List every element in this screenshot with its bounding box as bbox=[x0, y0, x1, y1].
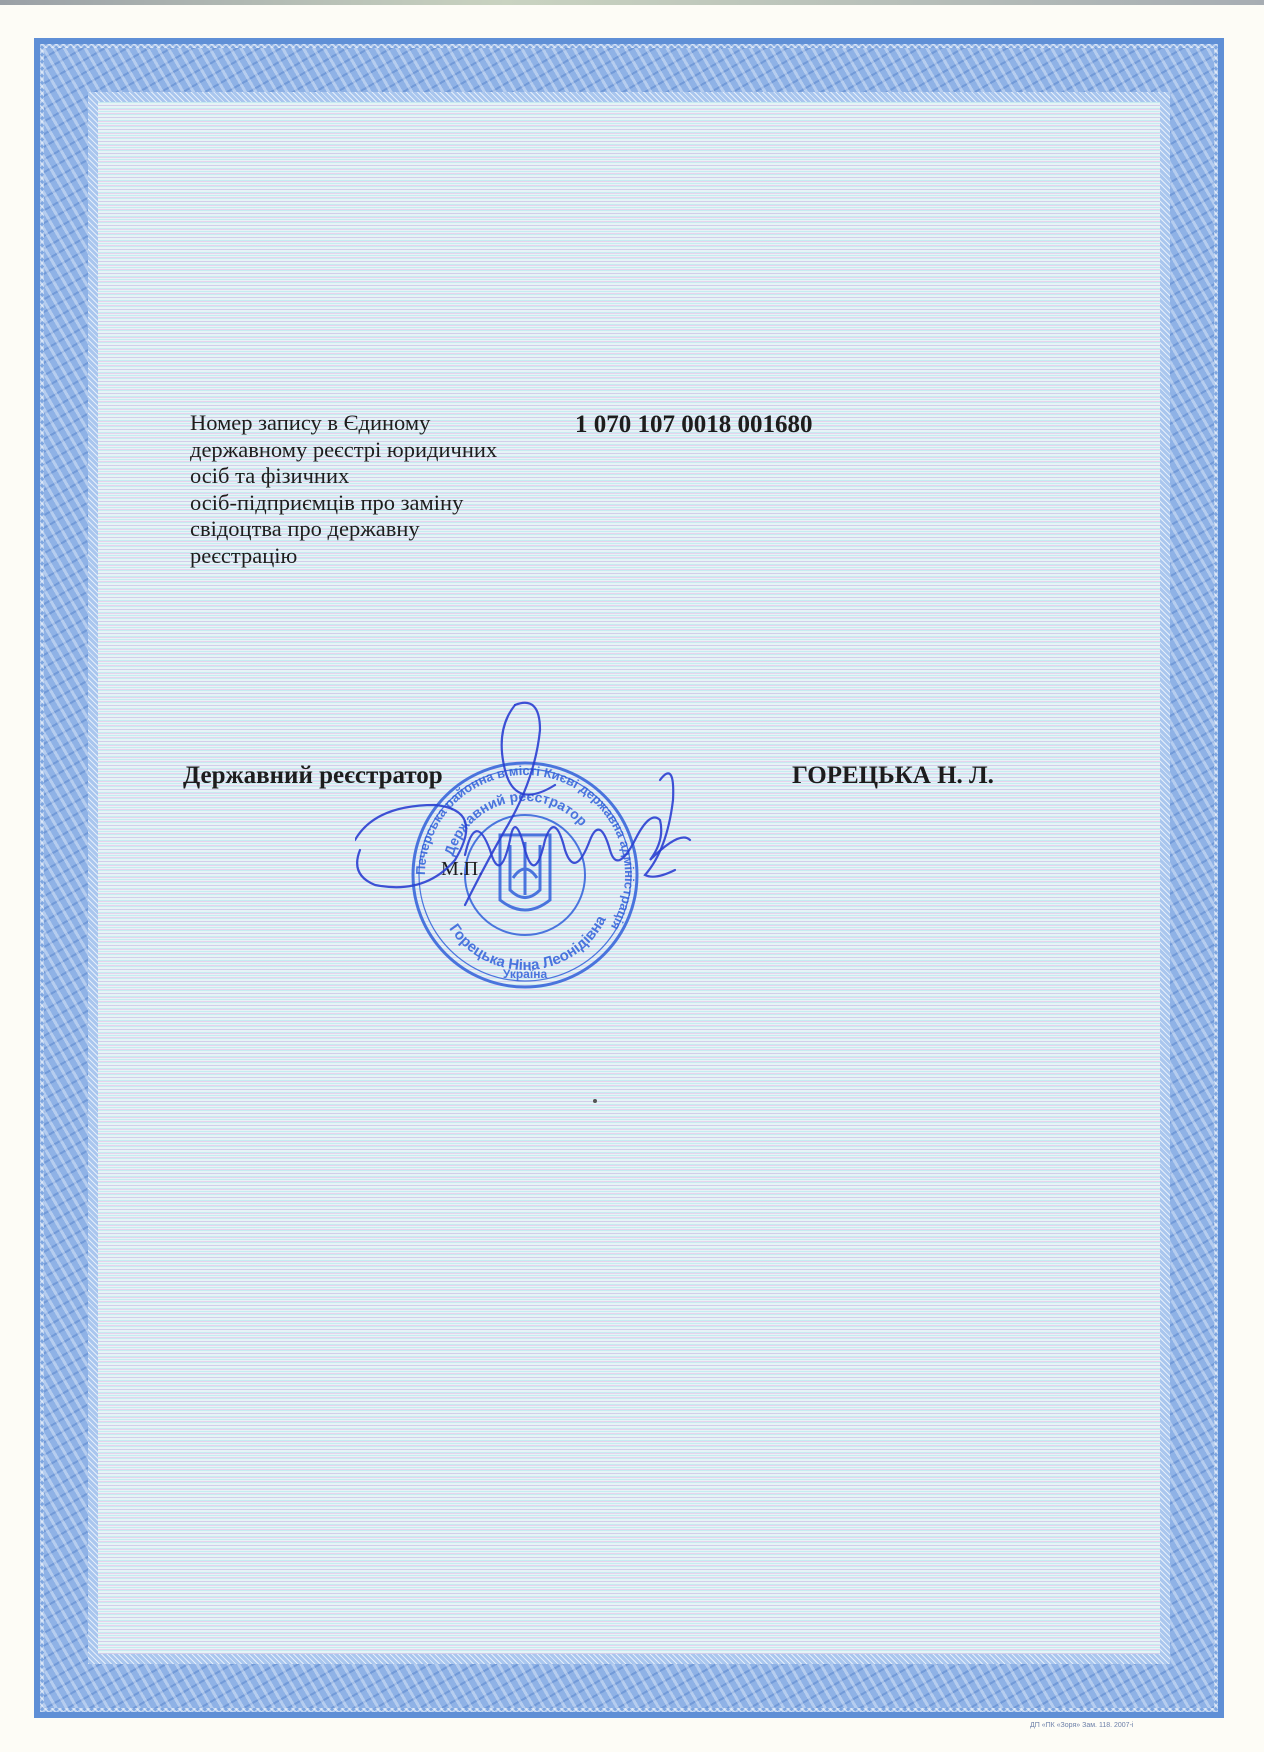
printer-mark: ДП «ПК «Зоря» Зам. 118. 2007-і bbox=[1030, 1722, 1133, 1729]
scan-edge bbox=[0, 0, 1264, 5]
record-label-line: реєстрацію bbox=[190, 543, 550, 570]
record-label-line: Номер запису в Єдиному bbox=[190, 410, 550, 437]
record-label: Номер запису в Єдиному державному реєстр… bbox=[190, 410, 550, 569]
ink-speck bbox=[593, 1099, 597, 1103]
record-number: 1 070 107 0018 001680 bbox=[575, 410, 813, 440]
record-label-line: свідоцтва про державну bbox=[190, 516, 550, 543]
record-label-line: осіб та фізичних bbox=[190, 463, 550, 490]
stamp-country: Україна bbox=[503, 967, 548, 981]
record-label-line: державному реєстрі юридичних bbox=[190, 437, 550, 464]
record-label-line: осіб-підприємців про заміну bbox=[190, 490, 550, 517]
signature bbox=[355, 690, 755, 930]
registrar-name: ГОРЕЦЬКА Н. Л. bbox=[792, 762, 994, 790]
